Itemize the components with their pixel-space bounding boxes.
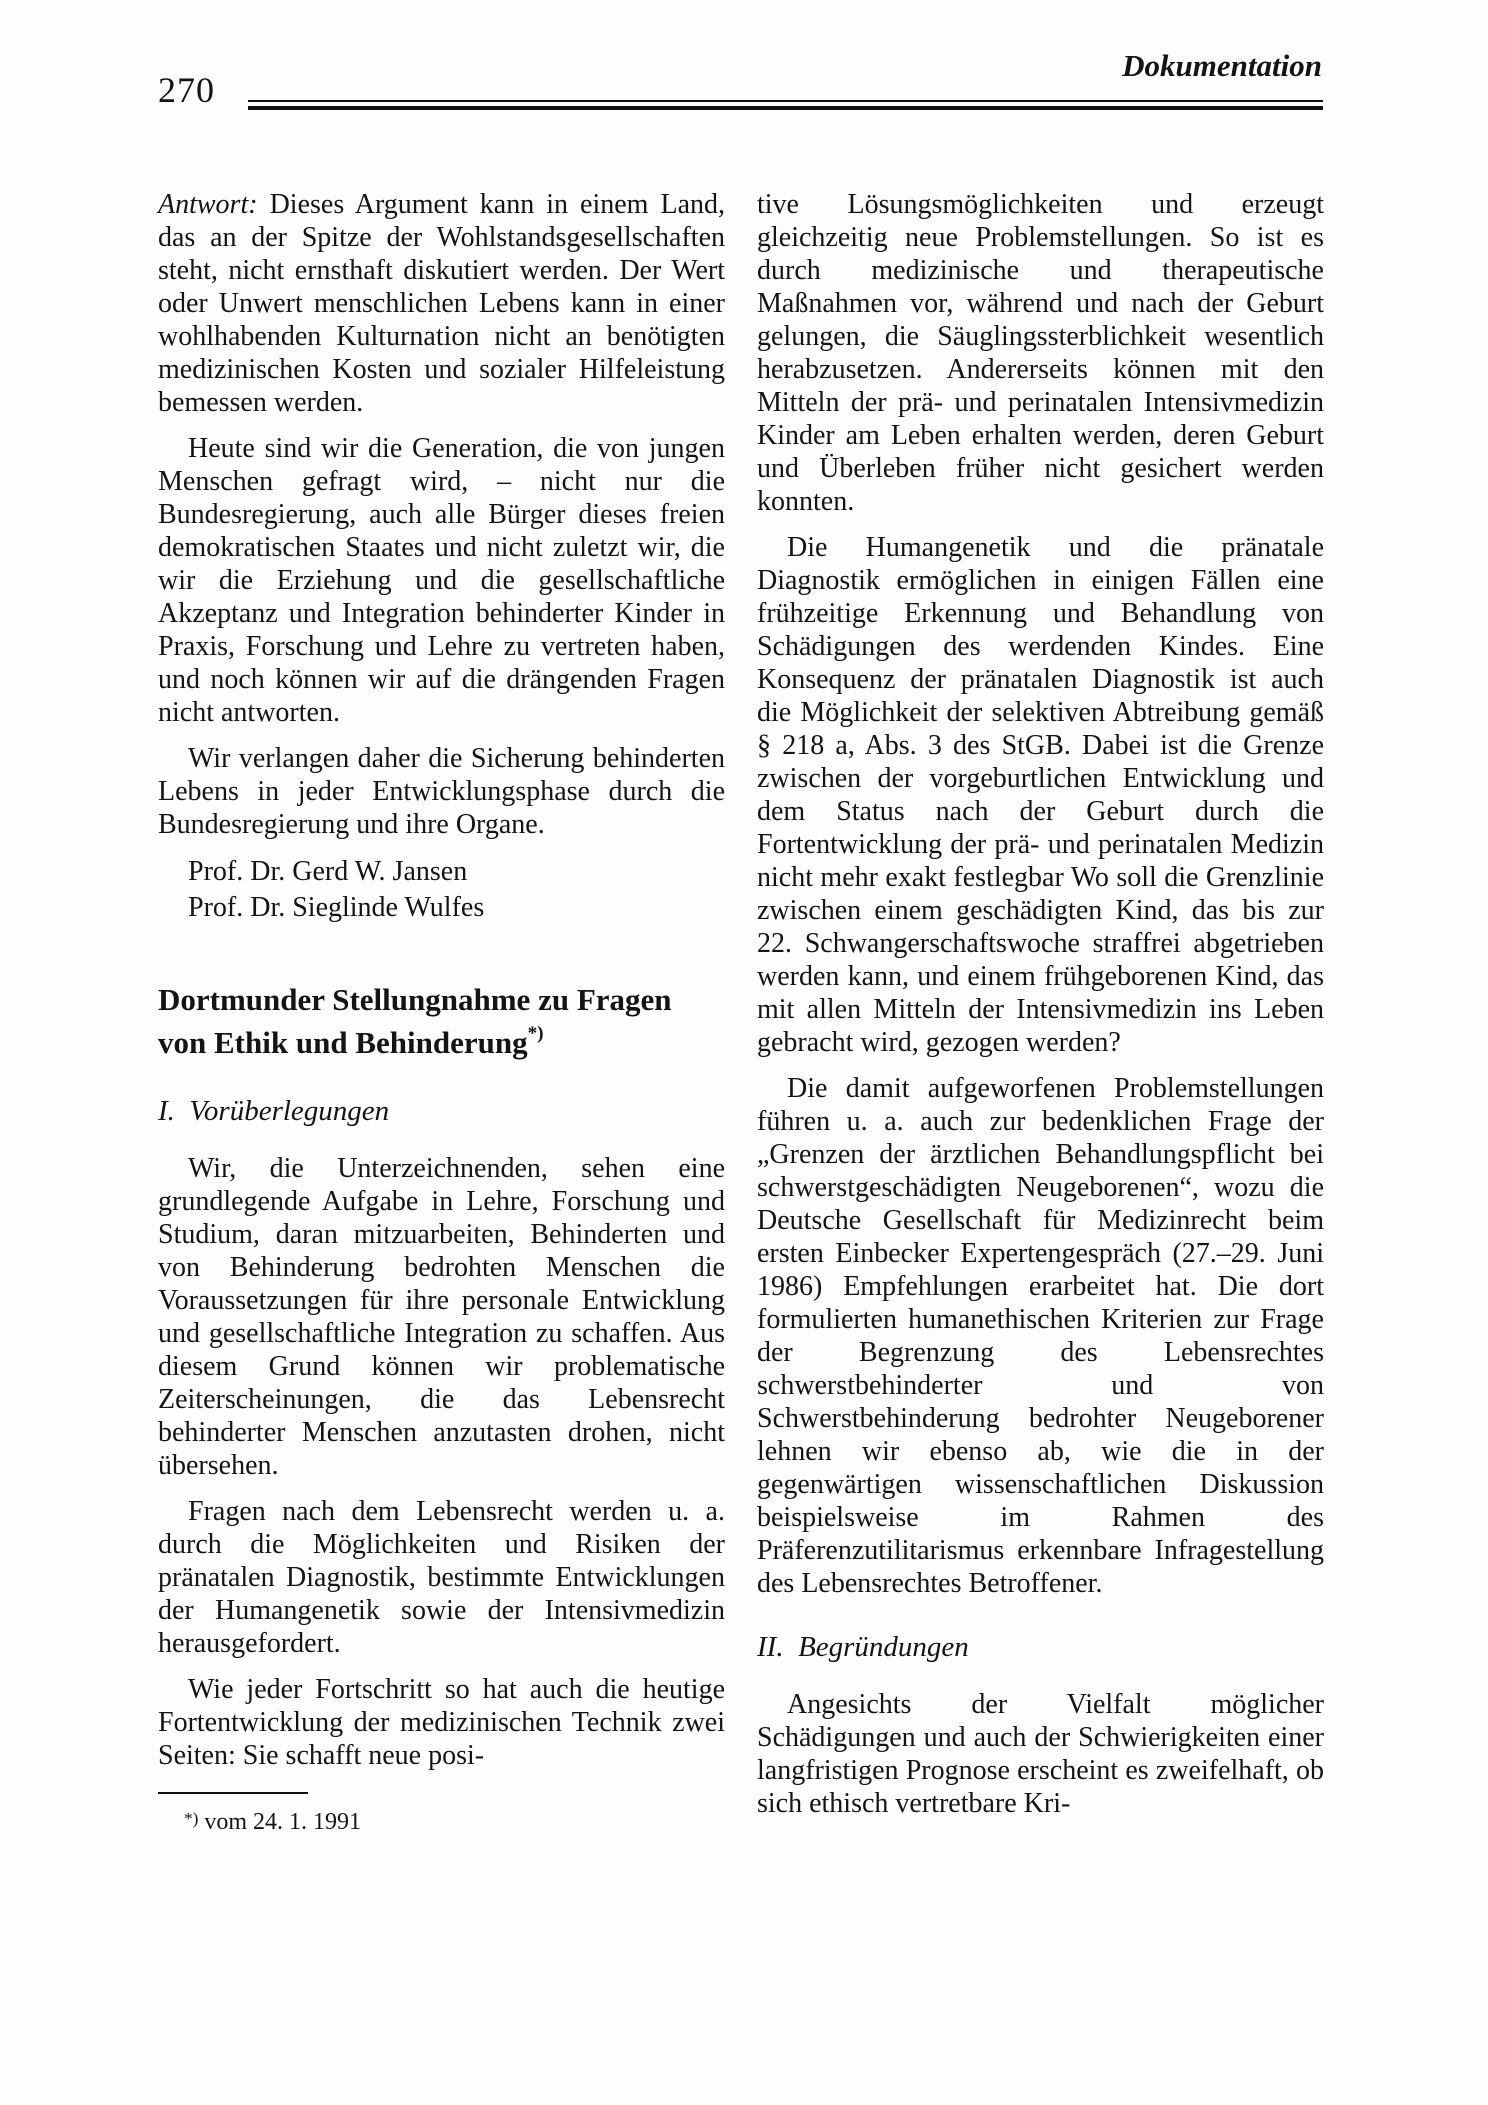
right-paragraph-angesichts: Angesichts der Vielfalt möglicher Schädi… [757,1688,1324,1820]
paragraph-lead-italic: Antwort: [158,189,258,220]
signature-wulfes: Prof. Dr. Sieglinde Wulfes [188,890,725,926]
paragraph-text: Dieses Argument kann in einem Land, das … [158,189,725,418]
signature-jansen: Prof. Dr. Gerd W. Jansen [188,854,725,890]
header-rule-thin [248,100,1323,102]
right-paragraph-tive: tive Lösungsmöglichkeiten und erzeugt gl… [757,188,1324,518]
left-paragraph-antwort: Antwort: Dieses Argument kann in einem L… [158,188,725,419]
left-paragraph-heute: Heute sind wir die Generation, die von j… [158,432,725,729]
right-column: tive Lösungsmöglichkeiten und erzeugt gl… [757,188,1324,1837]
left-column: Antwort: Dieses Argument kann in einem L… [158,188,725,1837]
left-paragraph-wir-verlangen: Wir verlangen daher die Sicherung behind… [158,742,725,841]
subheading-begruendungen: II. Begründungen [757,1630,1324,1664]
page-number: 270 [158,70,215,110]
right-paragraph-humangenetik: Die Humangenetik und die pränatale Diagn… [757,531,1324,1059]
left-paragraph-fragen: Fragen nach dem Lebensrecht werden u. a.… [158,1495,725,1660]
document-page: 270 Dokumentation Antwort: Dieses Argume… [0,0,1488,2105]
signature-block: Prof. Dr. Gerd W. Jansen Prof. Dr. Siegl… [188,854,725,926]
journal-title: Dokumentation [1122,48,1322,84]
footnote-rule [158,1792,308,1794]
footnote-reference-mark: *) [528,1023,544,1044]
body-columns: Antwort: Dieses Argument kann in einem L… [158,188,1324,1837]
subheading-vorueberlegungen: I. Vorüberlegungen [158,1094,725,1128]
left-paragraph-unterzeichnenden: Wir, die Unterzeichnenden, sehen eine gr… [158,1152,725,1482]
footnote-mark: *) [184,1809,198,1828]
left-paragraph-fortschritt: Wie jeder Fortschritt so hat auch die he… [158,1673,725,1772]
section-heading-text: Dortmunder Stellungnahme zu Fragen von E… [158,982,672,1060]
header-rule-thick [248,106,1323,110]
footnote: *) vom 24. 1. 1991 [158,1792,725,1837]
footnote-text: vom 24. 1. 1991 [204,1809,361,1835]
footnote-line: *) vom 24. 1. 1991 [158,1804,725,1837]
section-heading: Dortmunder Stellungnahme zu Fragen von E… [158,978,725,1064]
right-paragraph-problemstellungen: Die damit aufgeworfenen Problemstellunge… [757,1072,1324,1600]
